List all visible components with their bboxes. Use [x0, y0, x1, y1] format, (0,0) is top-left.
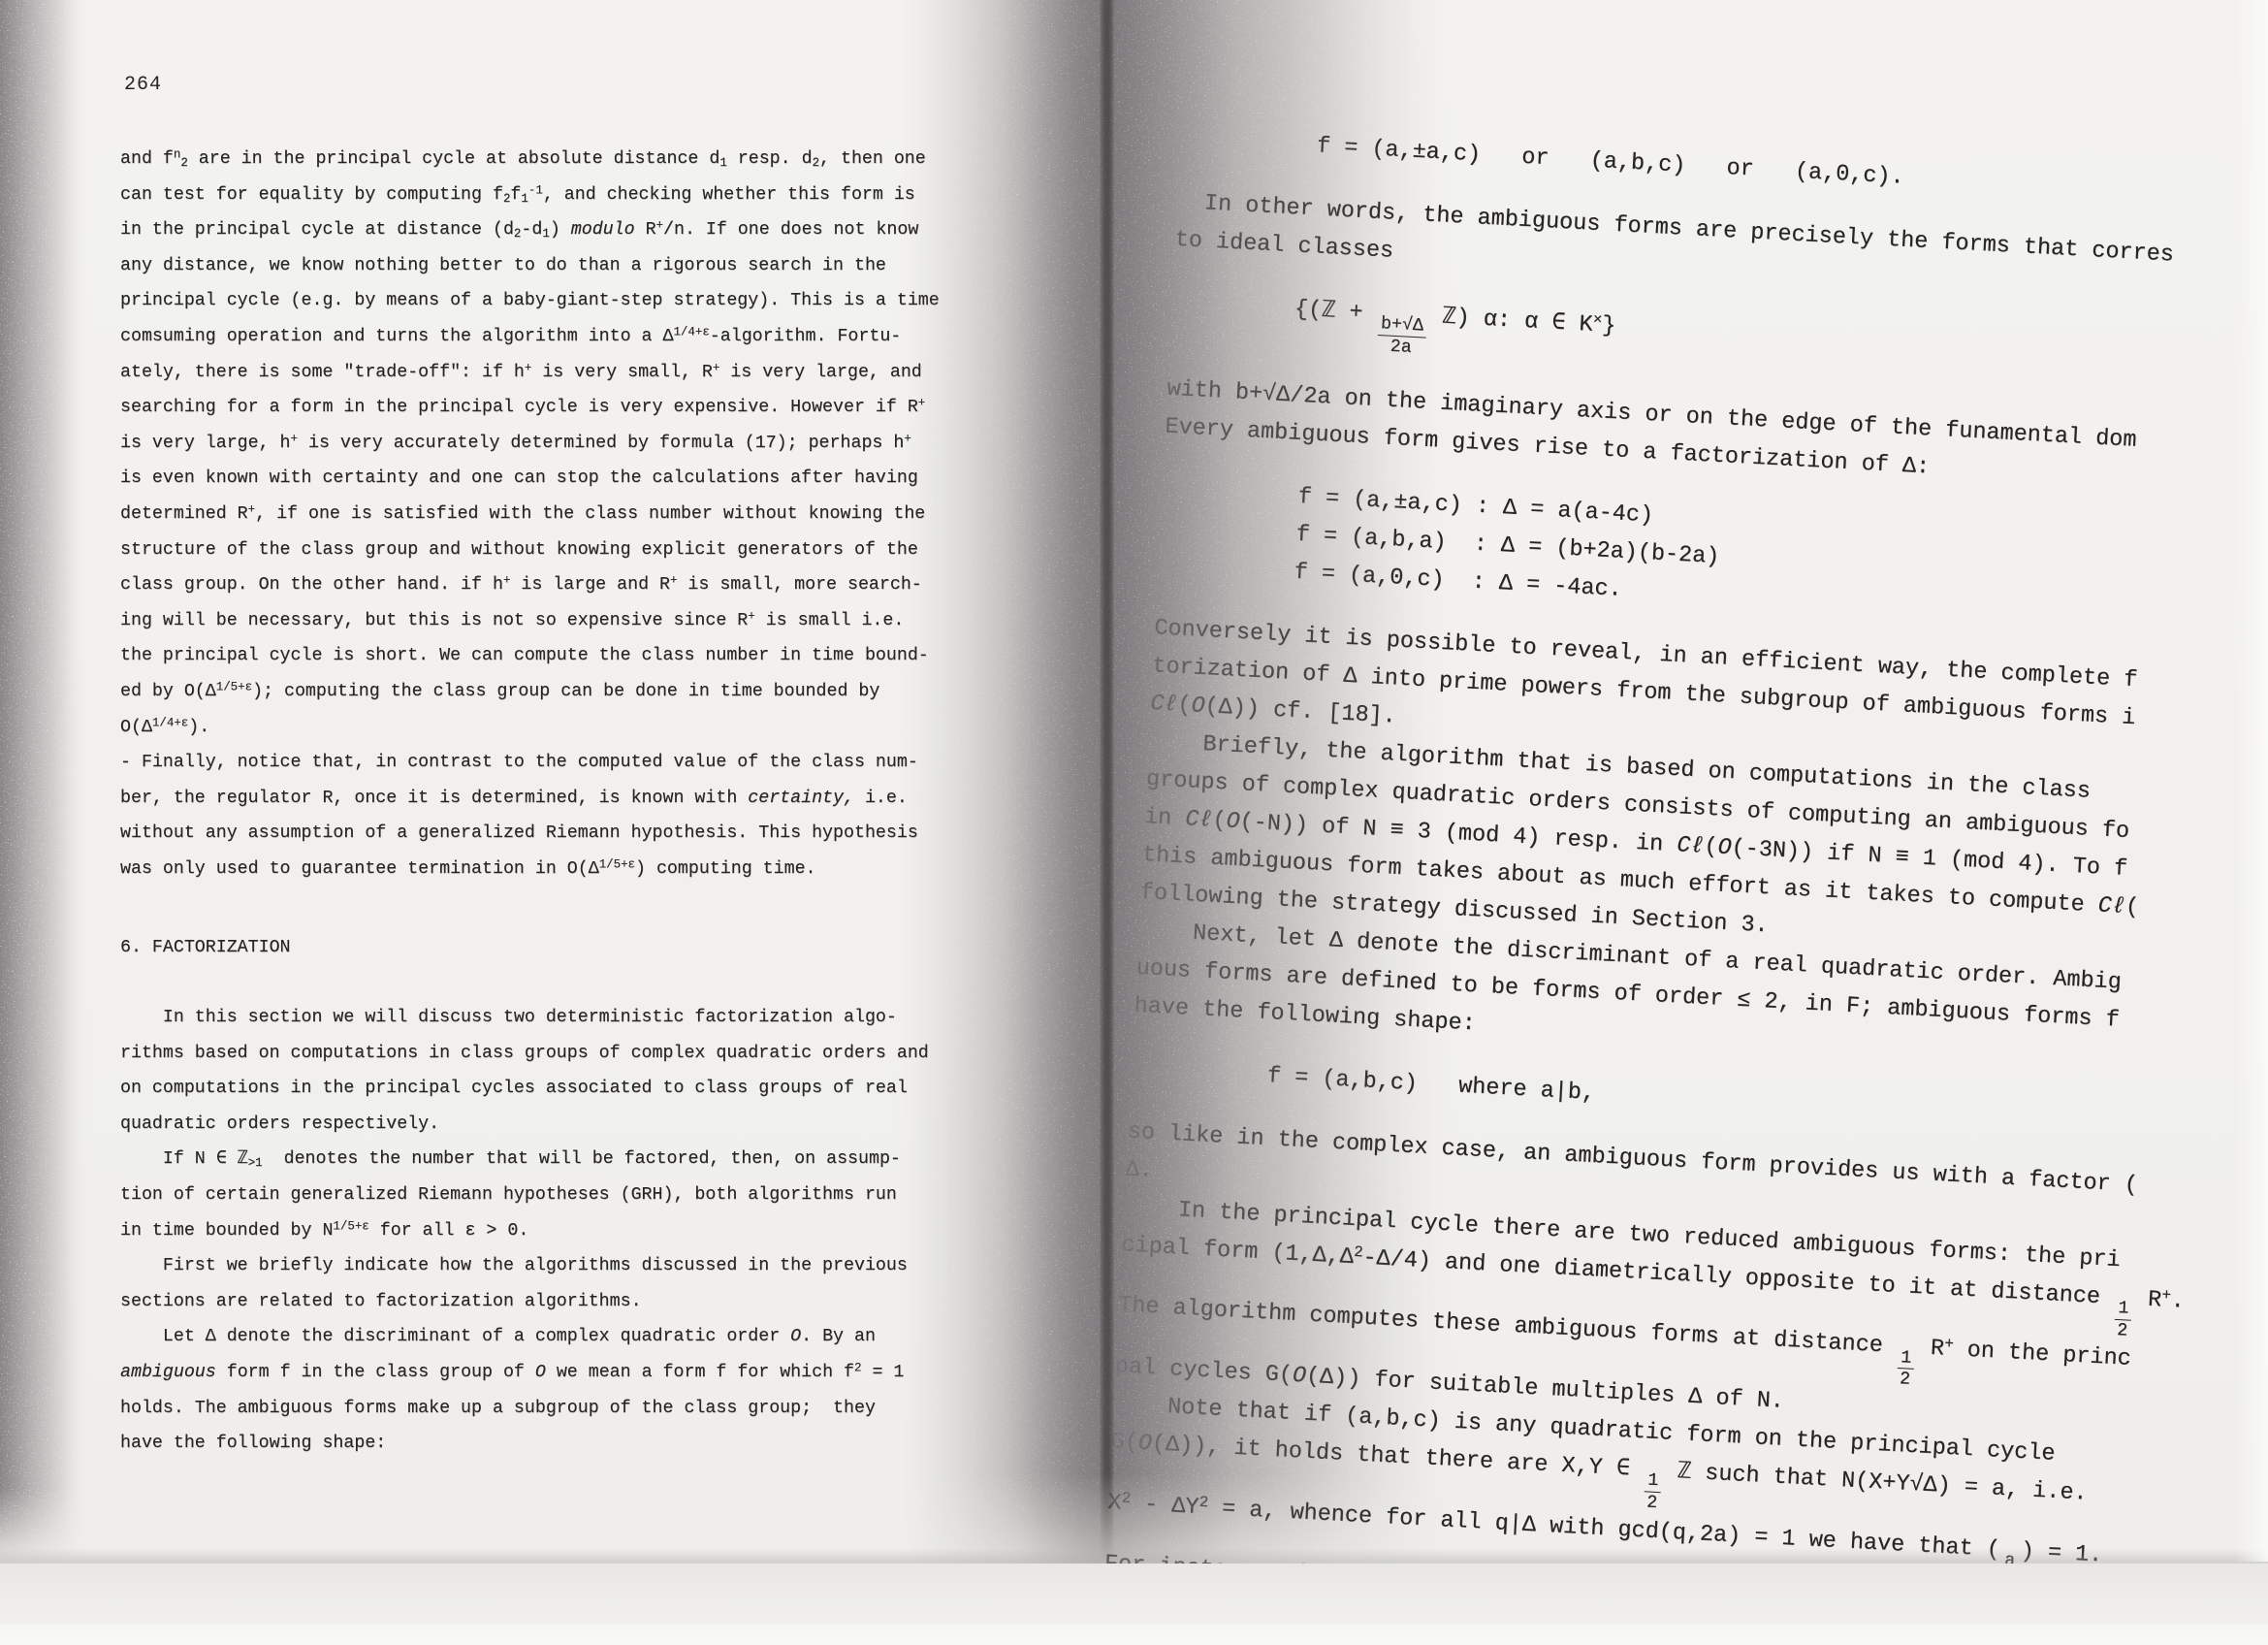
text-line: quadratic orders respectively.: [120, 1107, 993, 1143]
section-heading: 6. FACTORIZATION: [120, 930, 993, 966]
text-line: and fn2 are in the principal cycle at ab…: [120, 142, 993, 177]
text-line: - Finally, notice that, in contrast to t…: [120, 745, 993, 781]
text-line: ing will be necessary, but this is not s…: [120, 603, 993, 639]
text-line: is even known with certainty and one can…: [120, 461, 993, 497]
left-page: and fn2 are in the principal cycle at ab…: [120, 142, 993, 1462]
text-line: have the following shape:: [120, 1426, 993, 1462]
text-line: on computations in the principal cycles …: [120, 1071, 993, 1107]
text-line: ately, there is some "trade-off": if h+ …: [120, 355, 993, 391]
text-line: class group. On the other hand. if h+ is…: [120, 567, 993, 603]
text-line: determined R+, if one is satisfied with …: [120, 497, 993, 532]
paragraph: and fn2 are in the principal cycle at ab…: [120, 142, 993, 887]
text-line: the principal cycle is short. We can com…: [120, 638, 993, 674]
text-line: ed by O(Δ1/5+ε); computing the class gro…: [120, 674, 993, 710]
text-line: in the principal cycle at distance (d2-d…: [120, 212, 993, 248]
text-line: O(Δ1/4+ε).: [120, 710, 993, 746]
text-line: was only used to guarantee termination i…: [120, 852, 993, 887]
text-line: Let Δ denote the discriminant of a compl…: [120, 1319, 993, 1355]
right-page: f = (a,±a,c) or (a,b,c) or (a,0,c). In o…: [1103, 52, 2268, 1645]
text-line: In this section we will discuss two dete…: [120, 1000, 993, 1036]
text-line: without any assumption of a generalized …: [120, 816, 993, 852]
page-number: 264: [124, 74, 162, 96]
text-line: If N ∈ ℤ>1 denotes the number that will …: [120, 1142, 993, 1177]
text-line: rithms based on computations in class gr…: [120, 1036, 993, 1072]
text-line: comsuming operation and turns the algori…: [120, 319, 993, 355]
text-line: structure of the class group and without…: [120, 532, 993, 568]
text-line: First we briefly indicate how the algori…: [120, 1248, 993, 1284]
text-line: tion of certain generalized Riemann hypo…: [120, 1177, 993, 1213]
text-line: is very large, h+ is very accurately det…: [120, 426, 993, 462]
text-line: searching for a form in the principal cy…: [120, 390, 993, 426]
text-line: in time bounded by N1/5+ε for all ε > 0.: [120, 1213, 993, 1249]
text-line: ber, the regulator R, once it is determi…: [120, 781, 993, 817]
paragraph: In this section we will discuss two dete…: [120, 1000, 993, 1462]
text-line: sections are related to factorization al…: [120, 1284, 993, 1320]
text-line: holds. The ambiguous forms make up a sub…: [120, 1391, 993, 1427]
text-line: principal cycle (e.g. by means of a baby…: [120, 283, 993, 319]
scanned-book-spread: f = (a,±a,c) or (a,b,c) or (a,0,c). In o…: [0, 0, 2268, 1645]
text-line: ambiguous form f in the class group of O…: [120, 1355, 993, 1391]
text-line: any distance, we know nothing better to …: [120, 248, 993, 284]
text-line: can test for equality by computing f2f1-…: [120, 177, 993, 213]
